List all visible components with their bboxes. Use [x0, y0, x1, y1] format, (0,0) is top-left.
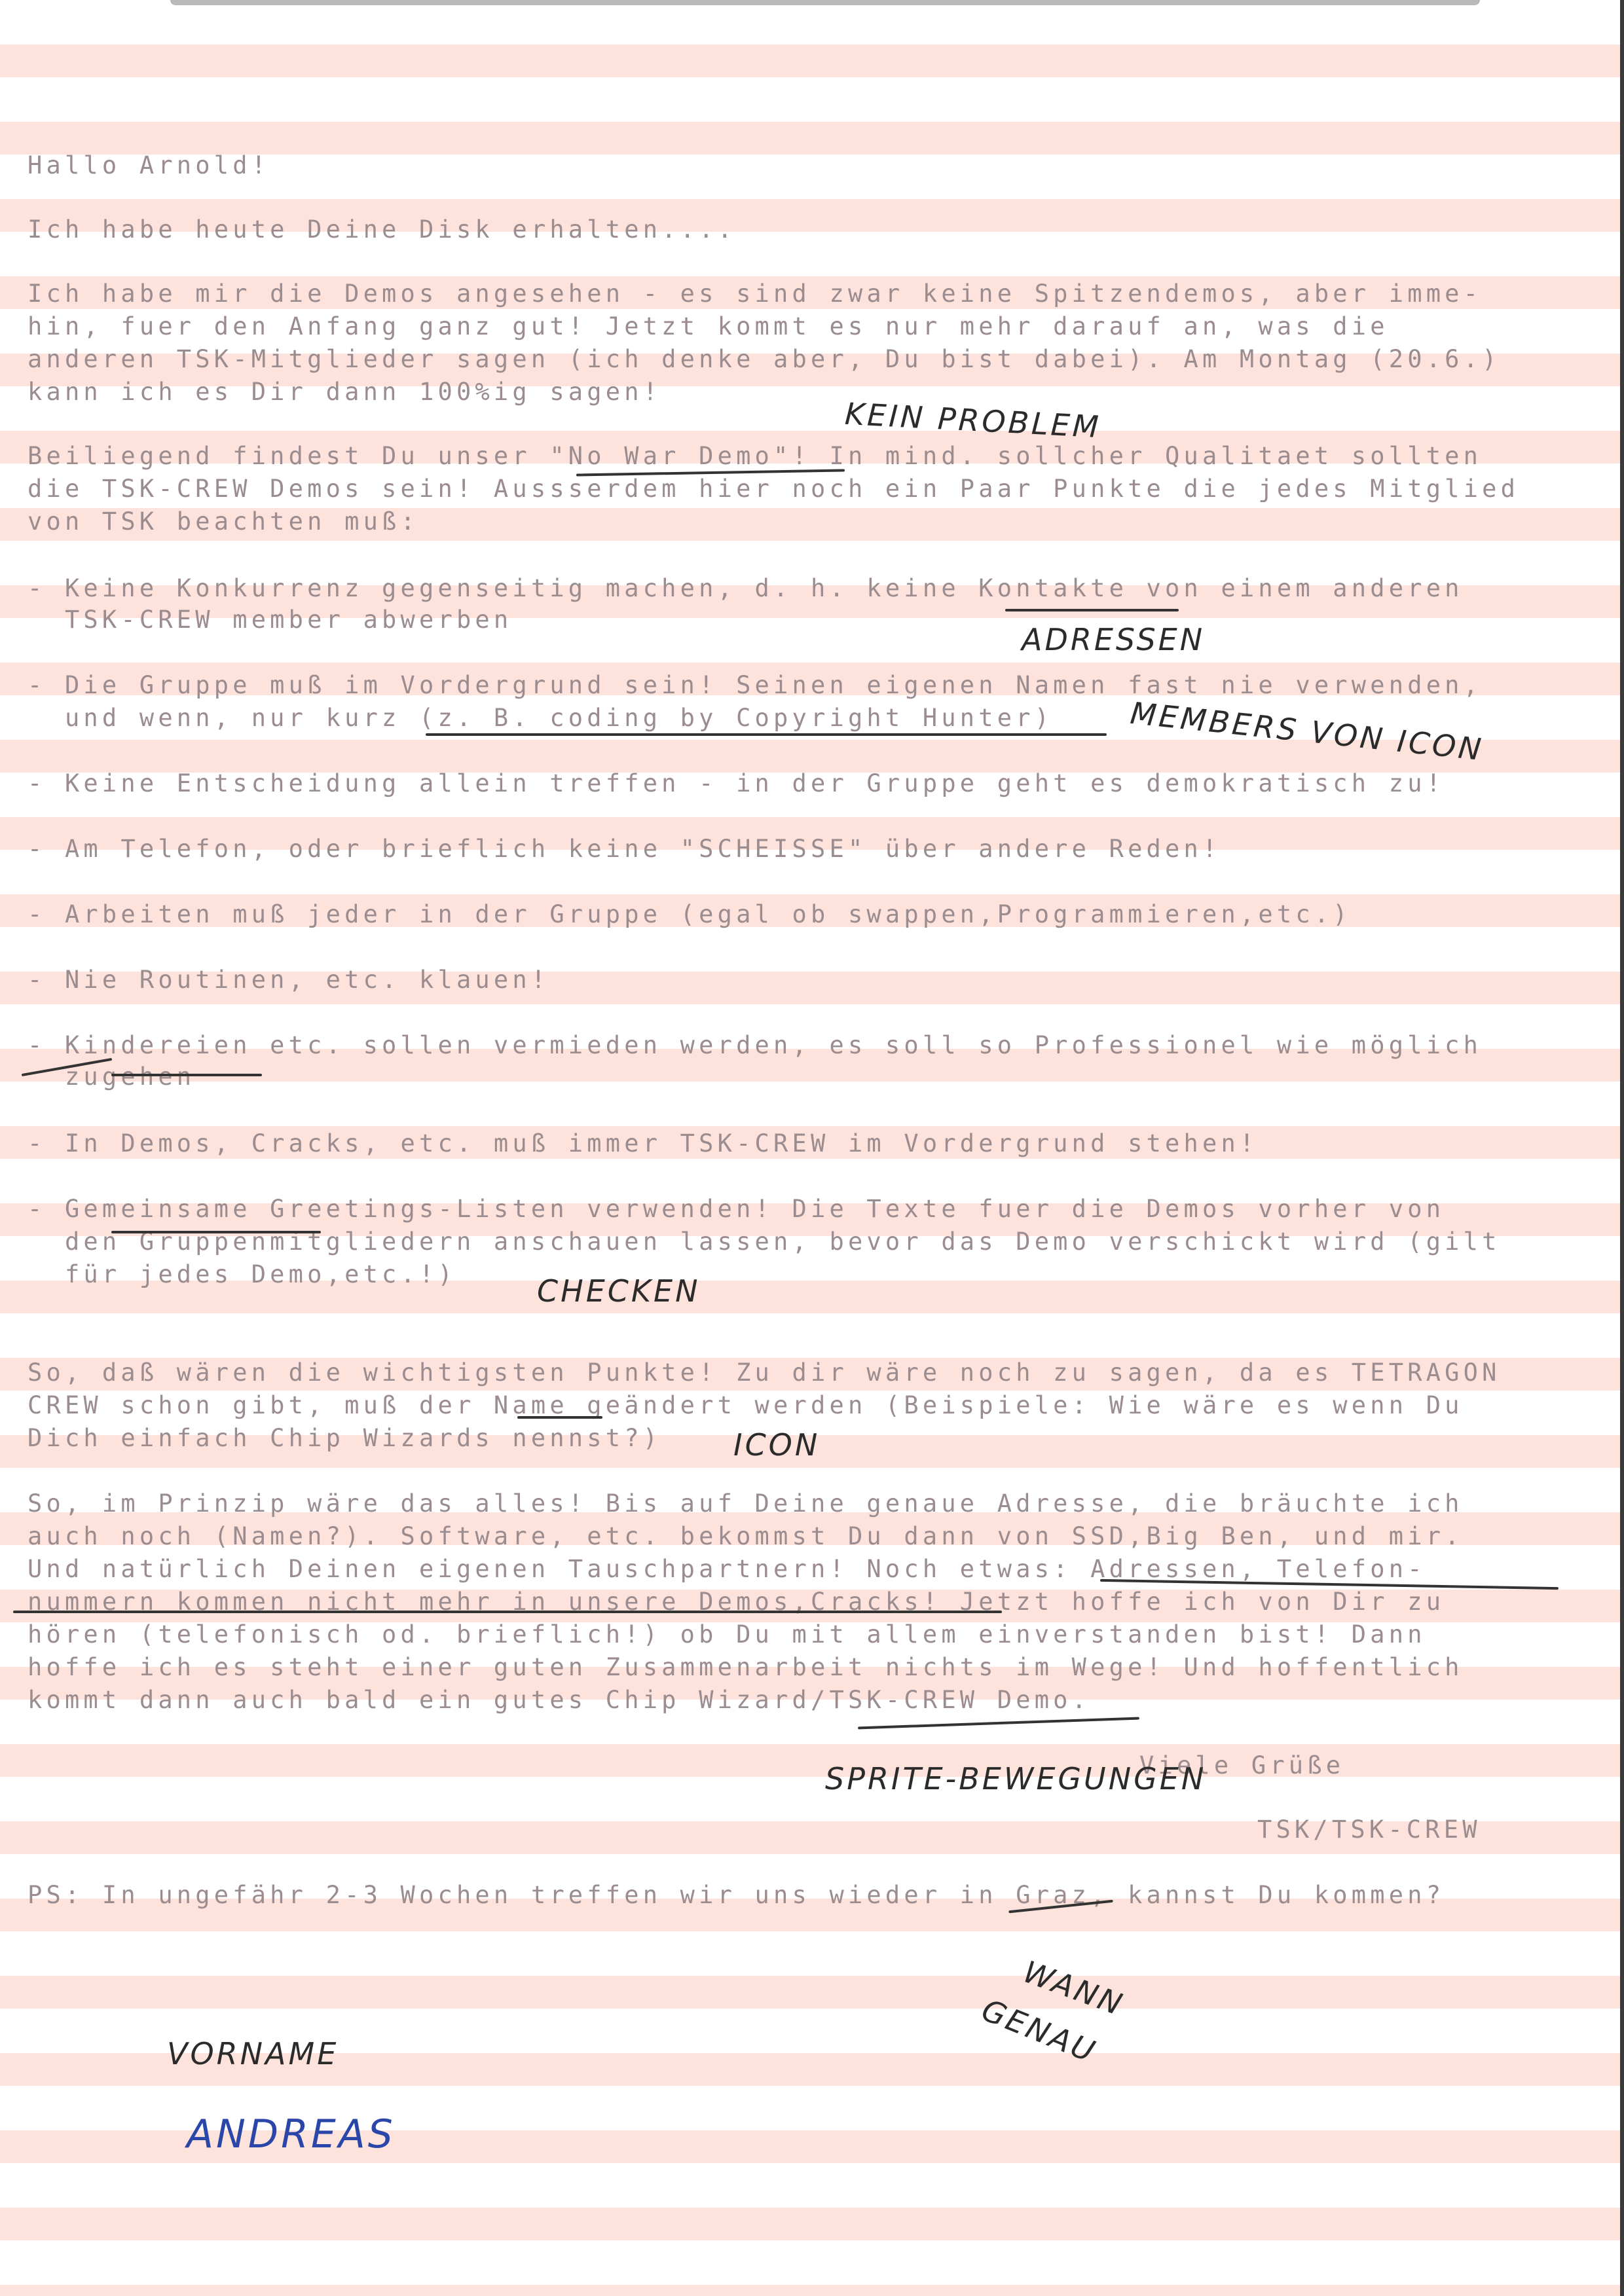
letter-signature: TSK/TSK-CREW	[1257, 1813, 1481, 1846]
letter-p2-line-2: hin, fuer den Anfang ganz gut! Jetzt kom…	[28, 310, 1389, 342]
rule-1-line-1: - Keine Konkurrenz gegenseitig machen, d…	[28, 572, 1464, 604]
letter-p5-line-7: kommt dann auch bald ein gutes Chip Wiza…	[28, 1684, 1090, 1716]
note-vorname: VORNAME	[167, 2036, 339, 2071]
letter-p2-line-3: anderen TSK-Mitglieder sagen (ich denke …	[28, 343, 1501, 375]
rule-2-line-1: - Die Gruppe muß im Vordergrund sein! Se…	[28, 669, 1482, 701]
rule-9-line-1: - Gemeinsame Greetings-Listen verwenden!…	[28, 1193, 1445, 1225]
underline-name	[517, 1416, 602, 1419]
letter-p5-line-2: auch noch (Namen?). Software, etc. bekom…	[28, 1520, 1464, 1552]
letter-p5-line-3: Und natürlich Deinen eigenen Tauschpartn…	[28, 1553, 1426, 1585]
paper-right-edge	[1620, 0, 1624, 2296]
letter-p3-line-2: die TSK-CREW Demos sein! Aussserdem hier…	[28, 473, 1519, 505]
rule-2-line-2: und wenn, nur kurz (z. B. coding by Copy…	[28, 702, 1053, 734]
rule-6: - Nie Routinen, etc. klauen!	[28, 964, 549, 996]
note-checken: CHECKEN	[537, 1273, 701, 1309]
note-adressen: ADRESSEN	[1022, 622, 1205, 657]
rule-4: - Am Telefon, oder brieflich keine "SCHE…	[28, 833, 1221, 865]
underline-kontakte	[1005, 609, 1179, 611]
letter-p4-line-3: Dich einfach Chip Wizards nennst?)	[28, 1422, 661, 1454]
letter-p3-line-3: von TSK beachten muß:	[28, 505, 419, 538]
rule-5: - Arbeiten muß jeder in der Gruppe (egal…	[28, 898, 1352, 930]
letter-p5-line-6: hoffe ich es steht einer guten Zusammena…	[28, 1651, 1464, 1683]
letter-postscript: PS: In ungefähr 2-3 Wochen treffen wir u…	[28, 1879, 1445, 1911]
letter-p4-line-2: CREW schon gibt, muß der Name geändert w…	[28, 1389, 1464, 1421]
note-icon: ICON	[733, 1427, 820, 1463]
letter-p2-line-4: kann ich es Dir dann 100%ig sagen!	[28, 376, 661, 408]
underline-greetings	[111, 1231, 321, 1233]
letter-p5-line-5: hören (telefonisch od. brieflich!) ob Du…	[28, 1618, 1426, 1650]
rule-7-line-2: zugehen	[28, 1061, 195, 1093]
underline-coding-by	[426, 733, 1107, 736]
underline-kindereien-2	[111, 1074, 262, 1076]
note-sprite-bewegungen: SPRITE-BEWEGUNGEN	[825, 1761, 1206, 1796]
rule-3: - Keine Entscheidung allein treffen - in…	[28, 767, 1445, 799]
letter-greeting: Hallo Arnold!	[28, 149, 270, 181]
letter-paragraph-1: Ich habe heute Deine Disk erhalten....	[28, 213, 736, 246]
rule-9-line-3: für jedes Demo,etc.!)	[28, 1258, 456, 1290]
letter-p4-line-1: So, daß wären die wichtigsten Punkte! Zu…	[28, 1357, 1501, 1389]
underline-nummern-cracks	[13, 1611, 1002, 1613]
torn-top-edge	[170, 0, 1480, 5]
letter-p5-line-1: So, im Prinzip wäre das alles! Bis auf D…	[28, 1487, 1464, 1520]
note-andreas-signature: ANDREAS	[187, 2111, 396, 2157]
letter-p2-line-1: Ich habe mir die Demos angesehen - es si…	[28, 278, 1482, 310]
letter-p3-line-1: Beiliegend findest Du unser "No War Demo…	[28, 440, 1482, 472]
rule-8: - In Demos, Cracks, etc. muß immer TSK-C…	[28, 1127, 1258, 1159]
rule-1-line-2: TSK-CREW member abwerben	[28, 604, 512, 636]
rule-7-line-1: - Kindereien etc. sollen vermieden werde…	[28, 1029, 1482, 1061]
